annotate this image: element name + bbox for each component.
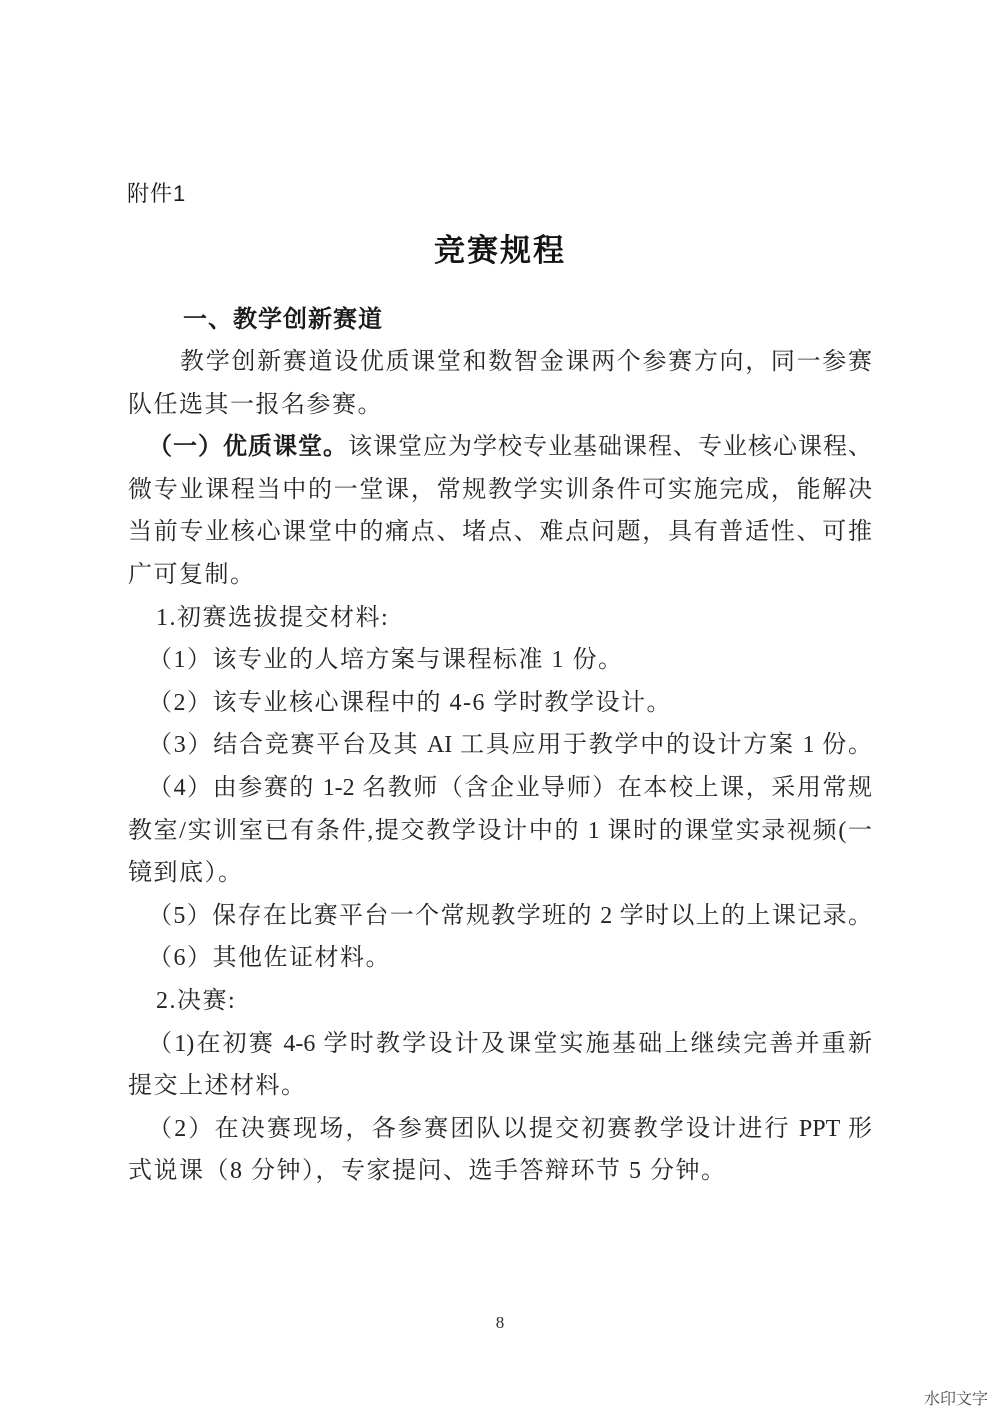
line-text: 队任选其一报名参赛。 <box>128 392 383 418</box>
text-line: 1.初赛选拔提交材料: <box>128 597 872 640</box>
line-text: （6）其他佐证材料。 <box>148 945 391 971</box>
line-text: （2）在决赛现场，各参赛团队以提交初赛教学设计进行 PPT 形 <box>148 1116 872 1142</box>
line-text: 当前专业核心课堂中的痛点、堵点、难点问题，具有普适性、可推 <box>128 519 872 545</box>
line-text: （4）由参赛的 1-2 名教师（含企业导师）在本校上课，采用常规 <box>148 775 872 801</box>
text-line: （2）该专业核心课程中的 4-6 学时教学设计。 <box>128 682 872 725</box>
line-text: （1)在初赛 4-6 学时教学设计及课堂实施基础上继续完善并重新 <box>148 1031 872 1057</box>
text-line: （2）在决赛现场，各参赛团队以提交初赛教学设计进行 PPT 形 <box>128 1108 872 1151</box>
line-text: （1）该专业的人培方案与课程标准 1 份。 <box>148 647 624 673</box>
document-page: 附件1 竞赛规程 一、教学创新赛道 教学创新赛道设优质课堂和数智金课两个参赛方向… <box>0 0 1000 1414</box>
text-line: 提交上述材料。 <box>128 1065 872 1108</box>
line-text: （5）保存在比赛平台一个常规教学班的 2 学时以上的上课记录。 <box>148 903 872 929</box>
document-title: 竞赛规程 <box>0 231 1000 271</box>
line-text: 微专业课程当中的一堂课，常规教学实训条件可实施完成，能解决 <box>128 477 872 503</box>
line-text: 镜到底）。 <box>128 860 244 886</box>
text-line: （6）其他佐证材料。 <box>128 937 872 980</box>
text-line: 广可复制。 <box>128 554 872 597</box>
text-line: 队任选其一报名参赛。 <box>128 384 872 427</box>
text-line: 式说课（8 分钟），专家提问、选手答辩环节 5 分钟。 <box>128 1150 872 1193</box>
text-line: （4）由参赛的 1-2 名教师（含企业导师）在本校上课，采用常规 <box>128 767 872 810</box>
line-text: 1.初赛选拔提交材料: <box>156 605 389 631</box>
text-line: （5）保存在比赛平台一个常规教学班的 2 学时以上的上课记录。 <box>128 895 872 938</box>
line-text: 式说课（8 分钟），专家提问、选手答辩环节 5 分钟。 <box>128 1158 727 1184</box>
document-body: 教学创新赛道设优质课堂和数智金课两个参赛方向，同一参赛队任选其一报名参赛。（一）… <box>128 341 872 1193</box>
line-text: （3）结合竞赛平台及其 AI 工具应用于教学中的设计方案 1 份。 <box>148 732 872 758</box>
page-number: 8 <box>0 1312 1000 1334</box>
line-text: 2.决赛: <box>156 988 236 1014</box>
text-line: 教室/实训室已有条件,提交教学设计中的 1 课时的课堂实录视频(一 <box>128 810 872 853</box>
text-line: （1)在初赛 4-6 学时教学设计及课堂实施基础上继续完善并重新 <box>128 1023 872 1066</box>
watermark-text: 水印文字 <box>924 1390 988 1410</box>
section-heading: 一、教学创新赛道 <box>183 304 383 336</box>
text-line: （1）该专业的人培方案与课程标准 1 份。 <box>128 639 872 682</box>
line-text: 该课堂应为学校专业基础课程、专业核心课程、 <box>348 434 872 460</box>
text-line: 教学创新赛道设优质课堂和数智金课两个参赛方向，同一参赛 <box>128 341 872 384</box>
line-text: 教学创新赛道设优质课堂和数智金课两个参赛方向，同一参赛 <box>180 349 872 375</box>
text-line: 镜到底）。 <box>128 852 872 895</box>
line-text: 教室/实训室已有条件,提交教学设计中的 1 课时的课堂实录视频(一 <box>128 818 872 844</box>
text-line: （3）结合竞赛平台及其 AI 工具应用于教学中的设计方案 1 份。 <box>128 724 872 767</box>
attachment-label: 附件1 <box>127 181 186 207</box>
text-line: 2.决赛: <box>128 980 872 1023</box>
line-text: （2）该专业核心课程中的 4-6 学时教学设计。 <box>148 690 672 716</box>
text-line: （一）优质课堂。该课堂应为学校专业基础课程、专业核心课程、 <box>128 426 872 469</box>
line-text: 提交上述材料。 <box>128 1073 307 1099</box>
bold-lead-in: （一）优质课堂。 <box>148 434 348 460</box>
line-text: 广可复制。 <box>128 562 256 588</box>
text-line: 微专业课程当中的一堂课，常规教学实训条件可实施完成，能解决 <box>128 469 872 512</box>
text-line: 当前专业核心课堂中的痛点、堵点、难点问题，具有普适性、可推 <box>128 511 872 554</box>
